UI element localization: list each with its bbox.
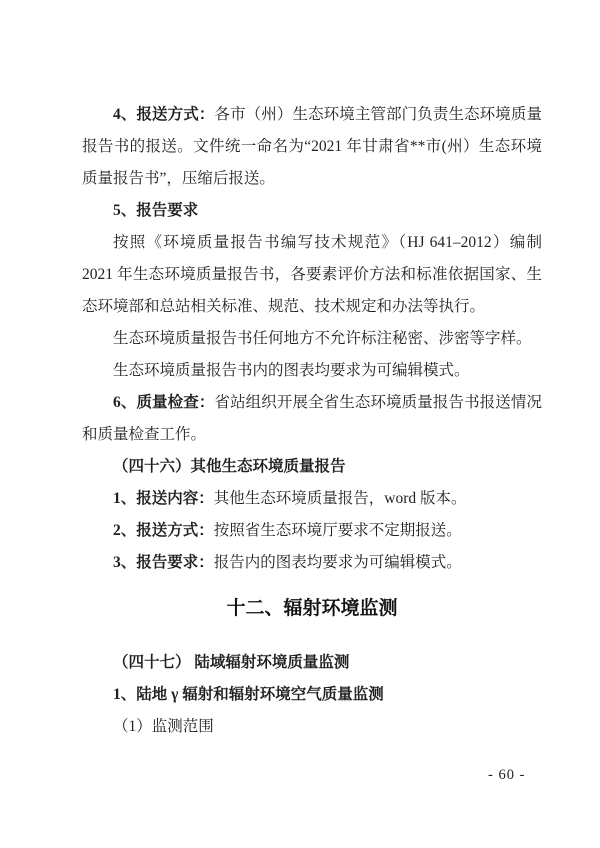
para-item2-label: 2、报送方式： xyxy=(113,522,214,539)
para-sec5-1: 按照《环境质量报告书编写技术规范》（HJ 641–2012）编制 2021 年生… xyxy=(82,227,542,323)
chapter-heading: 十二、辐射环境监测 xyxy=(82,595,542,623)
para-item3-label: 3、报告要求： xyxy=(113,554,214,571)
heading-sec46: （四十六）其他生态环境质量报告 xyxy=(82,451,542,483)
document-page: 4、报送方式：各市（州）生态环境主管部门负责生态环境质量报告书的报送。文件统一命… xyxy=(0,0,600,848)
para-sec6: 6、质量检查：省站组织开展全省生态环境质量报告书报送情况和质量检查工作。 xyxy=(82,387,542,451)
para-item3: 3、报告要求：报告内的图表均要求为可编辑模式。 xyxy=(82,547,542,579)
para-sec47-scope: （1）监测范围 xyxy=(82,711,542,743)
para-sec5-3: 生态环境质量报告书内的图表均要求为可编辑模式。 xyxy=(82,355,542,387)
heading-sec47-sub1: 1、陆地 γ 辐射和辐射环境空气质量监测 xyxy=(82,679,542,711)
para-sec4-label: 4、报送方式： xyxy=(113,106,214,123)
heading-sec47: （四十七） 陆域辐射环境质量监测 xyxy=(82,647,542,679)
para-sec4: 4、报送方式：各市（州）生态环境主管部门负责生态环境质量报告书的报送。文件统一命… xyxy=(82,99,542,195)
page-number: - 60 - xyxy=(488,767,525,784)
page-body: 4、报送方式：各市（州）生态环境主管部门负责生态环境质量报告书的报送。文件统一命… xyxy=(82,99,542,743)
para-item2-text: 按照省生态环境厅要求不定期报送。 xyxy=(214,522,462,539)
para-item1-label: 1、报送内容： xyxy=(113,490,214,507)
para-item3-text: 报告内的图表均要求为可编辑模式。 xyxy=(214,554,462,571)
para-sec5-2: 生态环境质量报告书任何地方不允许标注秘密、涉密等字样。 xyxy=(82,323,542,355)
para-item1-text: 其他生态环境质量报告，word 版本。 xyxy=(214,490,467,507)
para-item2: 2、报送方式：按照省生态环境厅要求不定期报送。 xyxy=(82,515,542,547)
para-sec6-label: 6、质量检查： xyxy=(113,394,214,411)
para-item1: 1、报送内容：其他生态环境质量报告，word 版本。 xyxy=(82,483,542,515)
heading-sec5: 5、报告要求 xyxy=(82,195,542,227)
